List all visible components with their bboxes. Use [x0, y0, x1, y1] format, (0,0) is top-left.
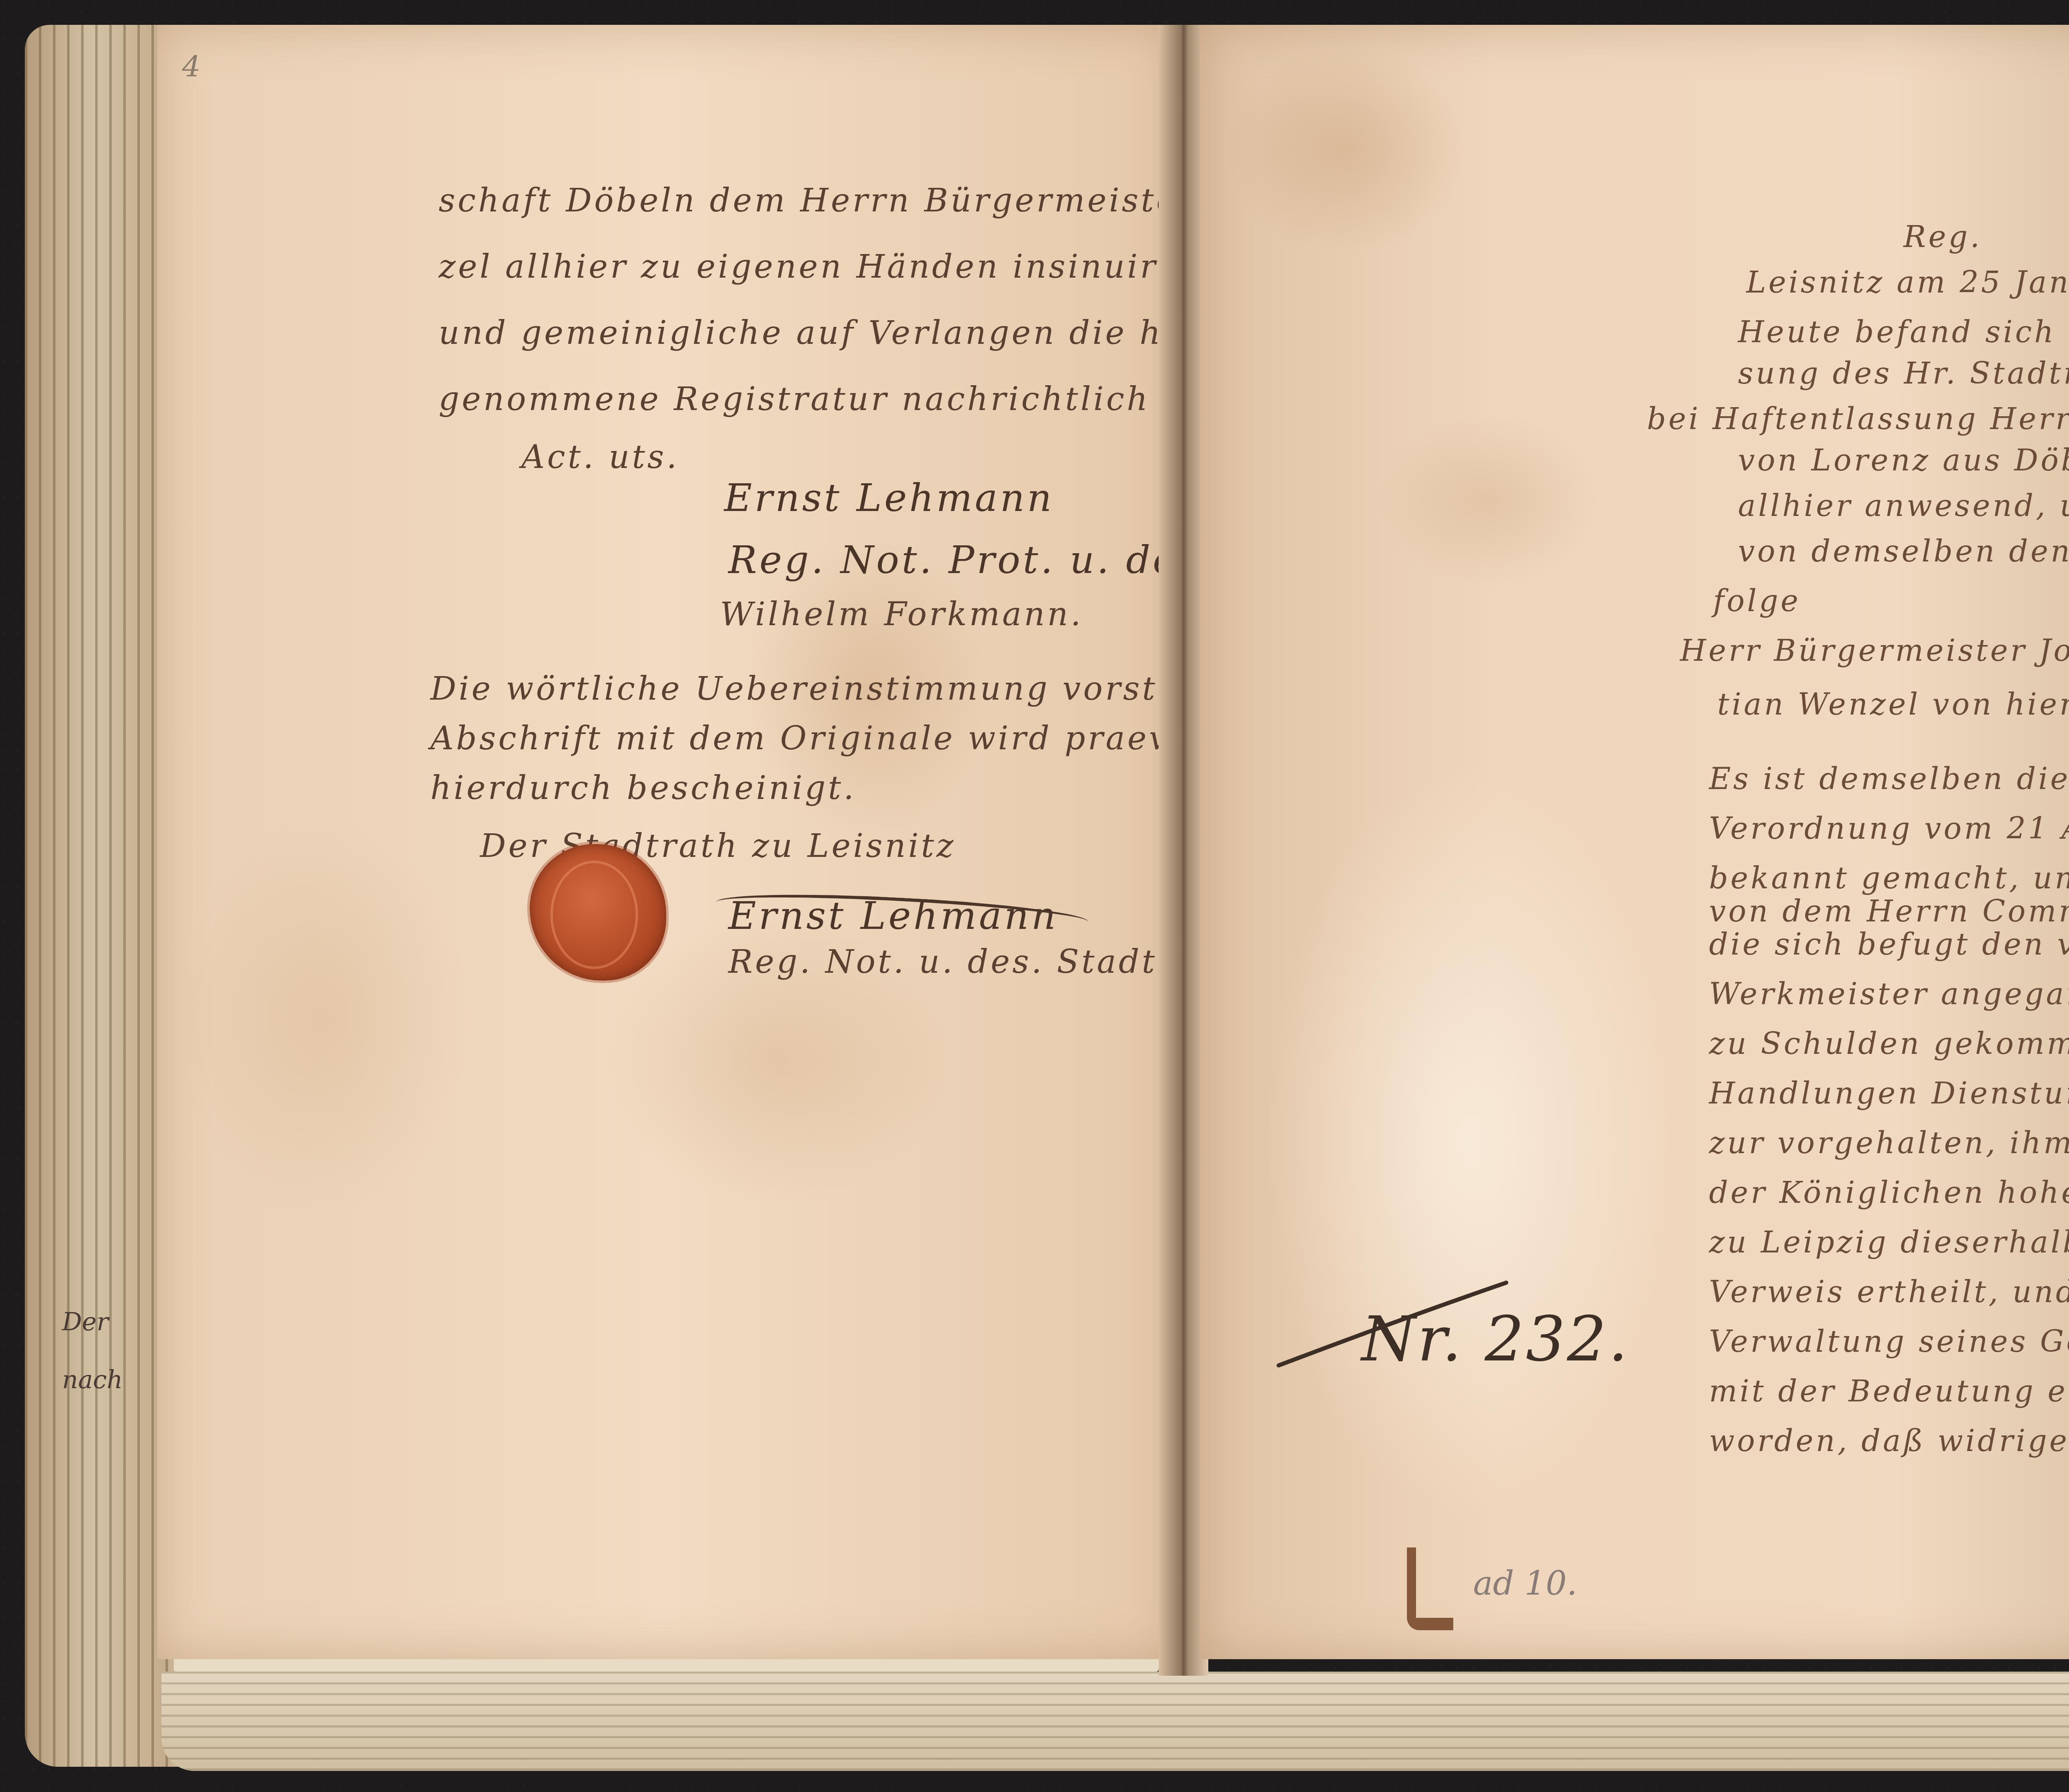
attestation-line: hierdurch bescheinigt.: [430, 770, 856, 807]
body-line: zel allhier zu eigenen Händen insinuirt …: [439, 248, 1276, 285]
bottom-page-edge: [161, 1672, 2069, 1771]
signature-name: Ernst Lehmann: [724, 476, 1054, 520]
body-line: von dem Herrn Commissar: [1709, 894, 2069, 928]
right-page: 87 Reg. Leisnitz am 25 Januar 1840. Heut…: [1200, 25, 2069, 1659]
body-line: zur vorgehalten, ihm die Namen: [1709, 1125, 2069, 1160]
body-line: tian Wenzel von hier.: [1717, 687, 2069, 722]
body-line: Leisnitz am 25 Januar 1840.: [1746, 265, 2069, 300]
body-line: allhier anwesend, und es erfolgte: [1738, 488, 2069, 523]
body-line: der Königlichen hohen Landesdirection: [1709, 1175, 2069, 1210]
seal-impression: [550, 861, 638, 969]
left-page: 4 schaft Döbeln dem Herrn Bürgermeister …: [157, 25, 1175, 1659]
body-line: Verweis ertheilt, und er zur: [1709, 1274, 2069, 1309]
body-line: Werkmeister angegangen wurden: [1709, 976, 2069, 1011]
body-line: Handlungen Dienstunterlassungen,: [1709, 1076, 2069, 1111]
body-line: Heute befand sich wegen Einweis-: [1738, 314, 2069, 349]
body-line: Verordnung vom 21 August 1839: [1709, 811, 2069, 846]
body-line: folge: [1713, 583, 1801, 618]
body-line: zu Leipzig dieserhalb an: [1709, 1225, 2069, 1259]
body-line: bekannt gemacht, und sind ihm: [1709, 861, 2069, 895]
body-line: Herr Bürgermeister Johann Chris-: [1680, 633, 2069, 668]
edge-fragment: nach: [62, 1365, 123, 1394]
registry-number: Nr. 232.: [1361, 1303, 1630, 1375]
body-line: Verwaltung seines Geschäftes: [1709, 1324, 2069, 1359]
body-line: sung des Hr. Stadtrichters: [1738, 356, 2069, 391]
attestation-title: Reg. Not. u. des. Stadtr.: [728, 943, 1184, 981]
body-line: bei Haftentlassung Herr Rathsherrmann: [1647, 401, 2069, 436]
signature-witness: Wilhelm Forkmann.: [720, 596, 1083, 633]
ink-mark: [1407, 1547, 1453, 1630]
attestation-line: Der Stadtrath zu Leisnitz: [480, 828, 956, 865]
body-line: mit der Bedeutung ermahnt: [1709, 1374, 2069, 1408]
edge-fragment: Der: [62, 1307, 108, 1336]
body-line: worden, daß widrigenfalls: [1709, 1423, 2069, 1458]
body-line: von demselben den Verladung zu: [1738, 534, 2069, 569]
body-line: die sich befugt den von den: [1709, 927, 2069, 962]
page-heading: Reg.: [1903, 219, 1982, 254]
corner-mark: 4: [182, 50, 201, 84]
body-line: zu Schulden gekommenen strafbaren: [1709, 1026, 2069, 1061]
pencil-note: ad 10.: [1473, 1564, 1577, 1602]
body-line: Act. uts.: [521, 439, 679, 476]
body-line: von Lorenz aus Döbeln: [1738, 443, 2069, 477]
body-line: Es ist demselben die hohe: [1709, 761, 2069, 796]
